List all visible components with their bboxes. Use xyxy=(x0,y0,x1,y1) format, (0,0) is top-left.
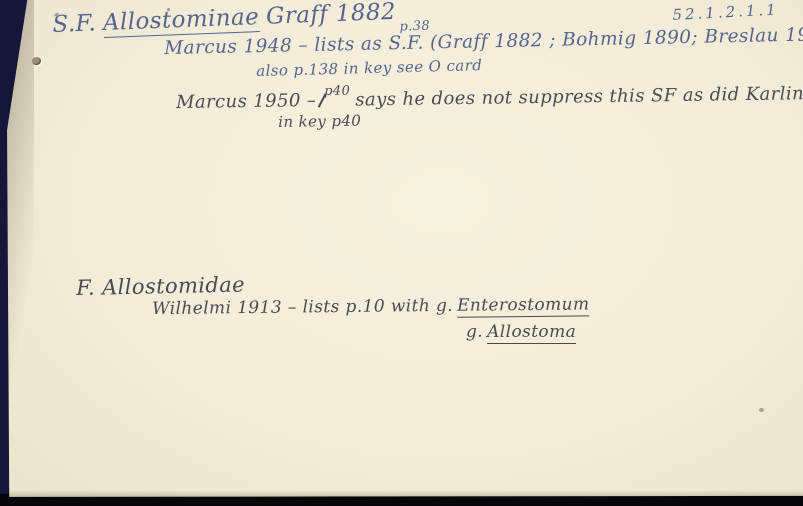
scan-background: 52.1.2.1.1 S.F.AllostominaeGraff 1882p.3… xyxy=(0,0,803,506)
note-marcus-1950: Marcus 1950 –p40says he does not suppres… xyxy=(176,82,803,113)
note-text-before: Marcus 1950 – xyxy=(176,90,316,113)
note-text: Wilhelmi 1913 – lists p.10 with g. xyxy=(152,296,453,319)
note-text-after: says he does not suppress this SF as did… xyxy=(355,82,803,111)
family-heading: F. Allostomidae xyxy=(76,272,245,300)
note-wilhelmi-1913: Wilhelmi 1913 – lists p.10 with g.Entero… xyxy=(152,294,590,319)
genus-prefix: g. xyxy=(466,322,483,342)
rank-prefix: S.F. xyxy=(52,10,97,38)
pin-hole xyxy=(32,57,41,65)
card-speck xyxy=(759,408,764,412)
note-also-in-key: also p.138 in key see O card xyxy=(256,56,482,80)
note-in-key-p40: in key p40 xyxy=(278,112,361,131)
genus-allostoma: Allostoma xyxy=(487,322,576,344)
genus-allostoma-line: g.Allostoma xyxy=(466,322,576,342)
heading-line: S.F.AllostominaeGraff 1882p.38 xyxy=(52,0,434,38)
taxon-name: Allostominae xyxy=(103,4,260,38)
inserted-page-ref: p40 xyxy=(324,84,350,99)
genus-enterostomum: Enterostomum xyxy=(457,294,590,317)
catalog-number: 52.1.2.1.1 xyxy=(672,0,779,24)
taxon-authority: Graff 1882 xyxy=(266,0,397,30)
index-card: 52.1.2.1.1 S.F.AllostominaeGraff 1882p.3… xyxy=(0,0,803,506)
